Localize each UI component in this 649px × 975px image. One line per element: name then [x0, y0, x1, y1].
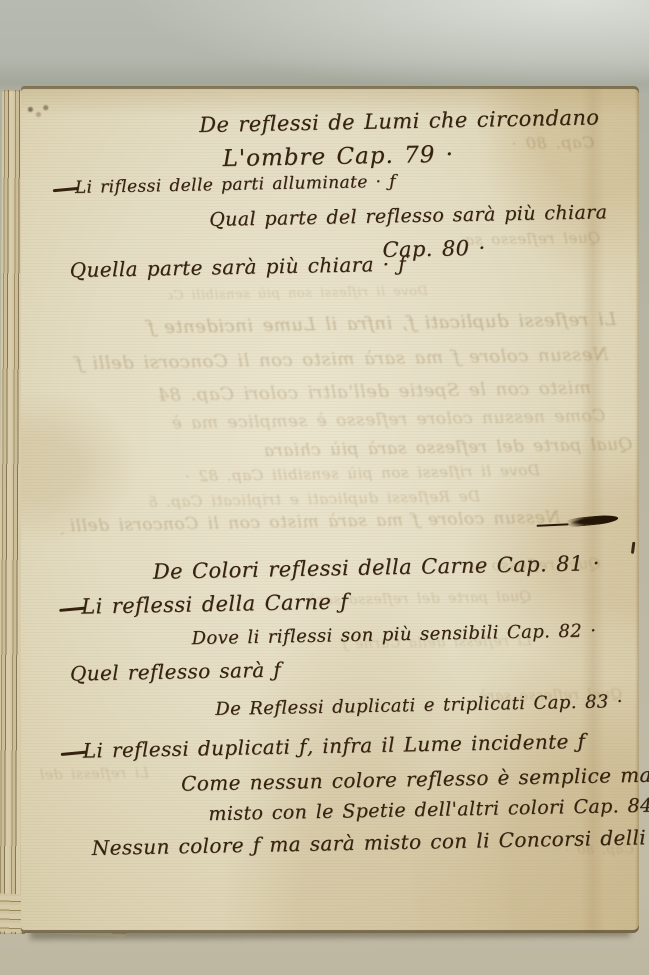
handwriting-layer: Cap. 80 · Quel reflesso sarà ƒ Dove li r…	[0, 0, 649, 975]
chapter-79-heading-line1: De reflessi de Lumi che circondano	[199, 105, 600, 137]
entry-reflessi-carne: Li reflessi della Carne ƒ	[59, 589, 349, 619]
entry-quel-reflesso: Quel reflesso sarà ƒ	[70, 658, 282, 686]
bleed-through-line: Dove li riflessi son più sensibili Cap. …	[120, 461, 540, 486]
bleed-through-fragment: Dove li riflessi son più sensibili Cap. …	[168, 284, 428, 304]
bleed-through-line: Nessun colore ƒ ma sarà misto con li Con…	[60, 508, 560, 537]
chapter-83-heading: De Reflessi duplicati e triplicati Cap. …	[215, 691, 623, 720]
bleed-through-fragment: Cap. 80 ·	[444, 133, 594, 155]
chapter-80-heading: Qual parte del reflesso sarà più chiara	[209, 201, 608, 231]
chapter-82-heading: Dove li riflessi son più sensibili Cap. …	[191, 620, 596, 649]
bleed-through-line: De Reflessi duplicati e triplicati Cap. …	[150, 487, 480, 511]
entry-reflessi-duplicati: Li reflessi duplicati ƒ, infra il Lume i…	[61, 729, 586, 763]
bleed-through-line: misto con le Spetie dell'altri colori Ca…	[71, 377, 591, 407]
bleed-through-line: Nessun colore ƒ ma sarà misto con li Con…	[61, 344, 609, 375]
chapter-84-heading-line1: Come nessun colore reflesso è semplice m…	[181, 762, 649, 795]
bleed-through-fragment: Li reflessi della Carne ƒ	[39, 765, 149, 783]
ink-tick-mark	[631, 542, 636, 554]
entry-quella-parte: Quella parte sarà più chiara · ƒ	[69, 252, 406, 282]
bleed-through-line: Li reflessi duplicati ƒ, infra il Lume i…	[56, 309, 616, 340]
chapter-84-heading-line2: misto con le Spetie dell'altri colori Ca…	[208, 795, 649, 826]
entry-riflessi-parti-alluminate: Li riflessi delle parti alluminate · ƒ	[53, 172, 396, 199]
bleed-through-fragment: Quel reflesso sarà ƒ	[465, 229, 600, 249]
ink-smudge	[24, 103, 56, 119]
chapter-81-heading: De Colori reflessi della Carne Cap. 81 ·	[153, 551, 600, 584]
chapter-79-heading-line2: L'ombre Cap. 79 ·	[222, 142, 454, 172]
ink-flourish-dash	[566, 514, 619, 528]
bleed-through-line: Come nessun colore reflesso è semplice m…	[65, 406, 605, 435]
bleed-through-line: Qual parte del reflesso sarà più chiara	[57, 435, 632, 465]
manuscript-photo: Cap. 80 · Quel reflesso sarà ƒ Dove li r…	[0, 0, 649, 975]
